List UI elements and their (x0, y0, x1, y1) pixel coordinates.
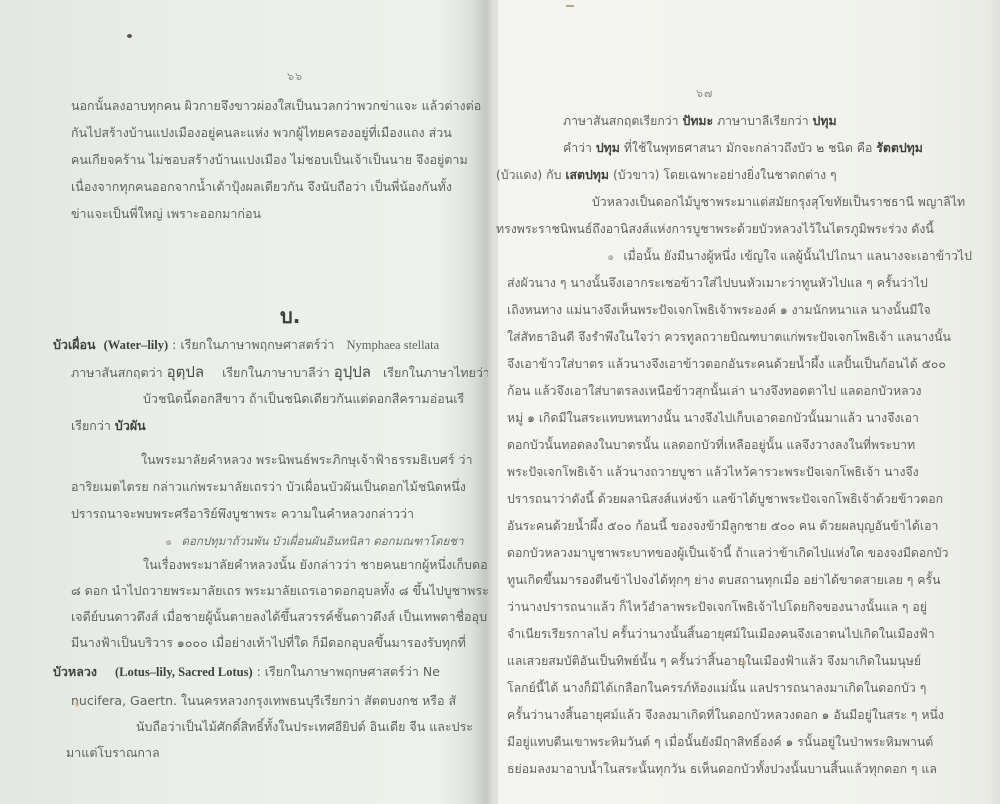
section-heading: บ. (280, 300, 300, 332)
text-span: เมื่อนั้น ยังมีนางผู้หนึ่ง เข้ญใจ แลผู้น… (623, 249, 972, 263)
verse-text: ดอกปทุมาถ้วนพัน บัวเผื่อนผันอินทนิลา ดอก… (181, 534, 463, 548)
quote-first-line: ๏ เมื่อนั้น ยังมีนางผู้หนึ่ง เข้ญใจ แลผู… (608, 248, 972, 266)
text-line: โลกย์นี้ได้ นางก็มิได้เกลือกในครรภ์ท้องแ… (507, 680, 926, 696)
text-line: มาแต่โบราณกาล (66, 745, 160, 761)
page-number: ๖๗ (696, 84, 713, 102)
entry-text: : เรียกในภาษาพฤกษศาสตร์ว่า Ne (257, 664, 440, 679)
text-line: ดอกบัวนั้นทอดลงในบาตรนั้น แลดอกบัวที่เหล… (507, 437, 915, 453)
text-line: คนเกียจคร้าน ไม่ชอบสร้างบ้านแปงเมือง ไม่… (71, 152, 468, 168)
text-line: ครั้นว่านางสิ้นอายุศม์แล้ว จึงลงมาเกิดที… (507, 707, 944, 723)
text-line: จึงเอาข้าวใส่บาตร แล้วนางจึงเอาข้าวตอกอั… (507, 356, 946, 372)
text-span: เรียกในภาษาบาลีว่า (222, 365, 330, 380)
text-line: ทูนเกิดขึ้นมารองตีนข้าไปจงได้ทุกๆ ย่าง ต… (507, 572, 941, 588)
term-highlight: ปทุม (596, 141, 620, 155)
sanskrit-term: ปัทมะ (683, 114, 714, 128)
text-line: อันระคนด้วยน้ำผึ้ง ๕๐๐ ก้อนนี้ ของจงข้าม… (507, 518, 938, 534)
text-line: มีนางฟ้าเป็นบริวาร ๑๐๐๐ เมื่อย่างเท้าไปท… (71, 635, 466, 651)
text-line: ปรารถนาจะพบพระศรีอาริย์พึงบูชาพระ ความใน… (71, 506, 414, 522)
text-span: เรียกในภาษาไทยว่า (383, 365, 488, 380)
text-line: ใส่สัทธาอินดี จึงรำพึงในใจว่า ควรทูลถวาย… (507, 329, 951, 345)
entry-english-name: (Lotus–lily, Sacred Lotus) (115, 665, 253, 679)
page-edge-shadow (985, 0, 1000, 804)
text-span: ภาษาสันสกฤตเรียกว่า (563, 114, 679, 128)
text-line: บัวหลวงเป็นดอกไม้บูชาพระมาแต่สมัยกรุงสุโ… (592, 194, 965, 210)
entry-term: บัวหลวง (53, 664, 97, 679)
text-line: (บัวแดง) กับ เสตปทุม (บัวขาว) โดยเฉพาะอย… (496, 167, 837, 183)
text-line: ดอกบัวหลวงมาบูชาพระบาทของผู้เป็นเจ้านี้ … (507, 545, 948, 561)
text-line: เจดีย์บนดาวดึงส์ เมื่อชายผู้นั้นตายลงได้… (71, 609, 488, 625)
text-line: มีอยู่แทบตีนเขาพระหิมวันต์ ๆ เมื่อนั้นยั… (507, 734, 933, 750)
text-line: ข่าแจะเป็นพี่ใหญ่ เพราะออกมาก่อน (71, 206, 261, 222)
quote-bullet-icon: ๏ (608, 253, 614, 263)
entry-term: บัวเผื่อน (53, 337, 96, 352)
paper-mark (566, 5, 574, 7)
text-span: ภาษาบาลีเรียกว่า (717, 114, 809, 128)
text-line: ในพระมาลัยคำหลวง พระนิพนธ์พระภิกษุเจ้าฟ้… (141, 452, 473, 468)
text-line: พระปัจเจกโพธิเจ้า แล้วนางถวายบูชา แล้วไห… (507, 464, 919, 480)
entry-water-lily: บัวเผื่อน (Water–lily) : เรียกในภาษาพฤกษ… (53, 337, 439, 353)
text-line: เนื่องจากทุกคนออกจากน้ำเต้าปุ้งผลเดียวกั… (71, 179, 452, 195)
text-line: ๘ ดอก นำไปถวายพระมาลัยเถร พระมาลัยเถรเอา… (71, 583, 488, 599)
verse-bullet-icon: ๏ (166, 538, 172, 548)
text-line: ว่านางปรารถนาแล้ว ก็ไหว้อำลาพระปัจเจกโพธ… (507, 599, 927, 615)
page-number: ๖๖ (287, 67, 303, 85)
text-line: ทรงพระราชนิพนธ์ถึงอานิสงส์แห่งการบูชาพระ… (496, 221, 934, 237)
text-line: เถิงหนทาง แม่นางจึงเห็นพระปัจเจกโพธิเจ้า… (507, 302, 931, 318)
text-line: คำว่า ปทุม ที่ใช้ในพุทธศาสนา มักจะกล่าวถ… (563, 140, 923, 156)
paper-stain (742, 660, 746, 666)
term-highlight: บัวผัน (115, 418, 146, 433)
text-span: เรียกว่า (71, 418, 111, 433)
term-highlight: เสตปทุม (565, 168, 609, 182)
text-line: อาริยเมตไตรย กล่าวแก่พระมาลัยเถรว่า บัวเ… (71, 479, 466, 495)
ink-speck (127, 34, 132, 38)
text-line: nucifera, Gaertn. ในนครหลวงกรุงเทพธนบุรี… (71, 693, 456, 709)
text-line: เรียกว่า บัวผัน (71, 418, 146, 434)
pali-term: ปทุม (813, 114, 837, 128)
text-line: ภาษาสันสกฤตว่า อุตฺปล เรียกในภาษาบาลีว่า… (71, 364, 488, 381)
verse-line: ๏ ดอกปทุมาถ้วนพัน บัวเผื่อนผันอินทนิลา ด… (166, 533, 464, 551)
text-line: ภาษาสันสกฤตเรียกว่า ปัทมะ ภาษาบาลีเรียกว… (563, 113, 837, 129)
text-line: ในเรื่องพระมาลัยคำหลวงนั้น ยังกล่าวว่า ช… (143, 557, 488, 573)
entry-text: : เรียกในภาษาพฤกษศาสตร์ว่า (172, 337, 334, 352)
text-span: คำว่า (563, 141, 592, 155)
entry-sacred-lotus: บัวหลวง (Lotus–lily, Sacred Lotus) : เรี… (53, 664, 440, 680)
text-line: ธย่อมลงมาอาบน้ำในสระนั้นทุกวัน ธเห็นดอกบ… (507, 761, 937, 777)
text-line: นอกนั้นลงอาบทุกคน ผิวกายจึงขาวผ่องใสเป็น… (71, 98, 481, 114)
text-span: (บัวแดง) กับ (496, 168, 561, 182)
text-span: (บัวขาว) โดยเฉพาะอย่างยิ่งในชาดกต่าง ๆ (613, 168, 837, 182)
term-highlight: รัตตปทุม (876, 141, 923, 155)
book-spread: ๖๖ นอกนั้นลงอาบทุกคน ผิวกายจึงขาวผ่องใสเ… (0, 0, 1000, 804)
text-line: ก้อน แล้วจึงเอาใส่บาตรลงเหนือข้าวสุกนั้น… (507, 383, 922, 399)
text-line: กันไปสร้างบ้านแปงเมืองอยู่คนละแห่ง พวกผู… (71, 125, 452, 141)
text-line: ส่งผัวนาง ๆ นางนั้นจึงเอากระเชอข้าวใส่ไป… (507, 275, 928, 291)
text-span: ภาษาสันสกฤตว่า (71, 365, 163, 380)
text-line: หมู่ ๑ เกิดมีในสระแทบหนทางนั้น นางจึงไปเ… (507, 410, 919, 426)
text-line: นับถือว่าเป็นไม้ศักดิ์สิทธิ์ทั้งในประเทศ… (136, 719, 473, 735)
left-page: ๖๖ นอกนั้นลงอาบทุกคน ผิวกายจึงขาวผ่องใสเ… (0, 0, 488, 804)
text-span: ที่ใช้ในพุทธศาสนา มักจะกล่าวถึงบัว ๒ ชนิ… (624, 141, 873, 155)
latin-name: Nymphaea stellata (346, 338, 439, 352)
paper-stain (75, 702, 79, 707)
entry-english-name: (Water–lily) (104, 338, 169, 352)
text-line: ปรารถนาว่าดังนี้ ด้วยผลานิสงส์แห่งข้า แล… (507, 491, 943, 507)
text-line: บัวชนิดนี้ดอกสีขาว ถ้าเป็นชนิดเดียวกันแต… (143, 391, 464, 407)
pali-term: อุปฺปล (334, 363, 371, 381)
sanskrit-term: อุตฺปล (167, 363, 204, 381)
text-line: จำเนียรเรียรกาลไป ครั้นว่านางนั้นสิ้นอาย… (507, 626, 935, 642)
text-line: แลเสวยสมบัติอันเป็นทิพย์นั้น ๆ ครั้นว่าส… (507, 653, 921, 669)
right-page: ๖๗ ภาษาสันสกฤตเรียกว่า ปัทมะ ภาษาบาลีเรี… (496, 0, 1000, 804)
